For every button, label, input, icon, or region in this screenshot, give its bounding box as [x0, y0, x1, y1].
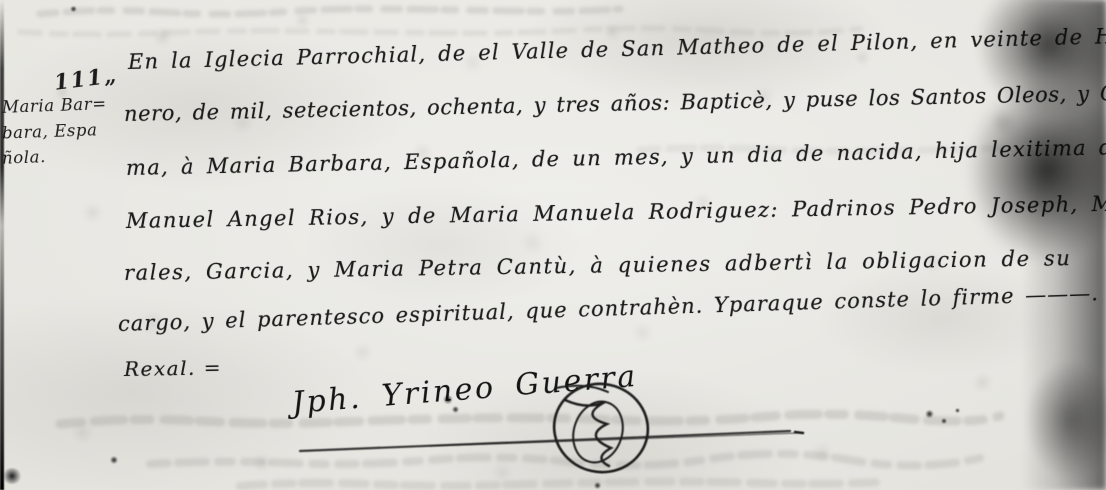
- record-text-line-3: ma, à Maria Barbara, Española, de un mes…: [126, 135, 1106, 180]
- margin-note-line: bara, Espa: [2, 120, 98, 142]
- binding-shadow: [1022, 0, 1106, 490]
- record-text-line-6: cargo, y el parentesco espiritual, que c…: [118, 280, 1106, 336]
- ink-speck: [925, 410, 934, 418]
- scan-edge: [0, 0, 4, 490]
- bleed-through-ghost-text: [0, 0, 1106, 490]
- signature-rubric-icon: [0, 0, 1106, 490]
- record-text-line-1: En la Iglecia Parrochial, de el Valle de…: [128, 23, 1106, 74]
- priest-signature: Jph. Yrineo Guerra: [291, 359, 639, 421]
- record-text-line-4: Manuel Angel Rios, y de Maria Manuela Ro…: [126, 191, 1106, 233]
- ink-speck: [955, 408, 960, 413]
- record-text-line-2: nero, de mil, setecientos, ochenta, y tr…: [124, 80, 1106, 126]
- record-text-line-7: Rexal. =: [124, 355, 222, 381]
- entry-number: 111„: [53, 62, 119, 95]
- ink-speck: [110, 456, 118, 464]
- record-text-line-5: rales, Garcia, y Maria Petra Cantù, à qu…: [124, 246, 1072, 285]
- ink-speck: [2, 468, 22, 484]
- ink-speck: [70, 6, 77, 12]
- margin-note-line: Maria Bar=: [2, 94, 107, 117]
- ink-speck: [594, 482, 601, 489]
- margin-note-line: ñola.: [2, 147, 47, 168]
- ink-speck: [941, 418, 947, 424]
- ink-speck: [452, 406, 459, 413]
- manuscript-page: 111„ Maria Bar= bara, Espa ñola. En la I…: [0, 0, 1106, 490]
- ink-speck: [443, 395, 453, 404]
